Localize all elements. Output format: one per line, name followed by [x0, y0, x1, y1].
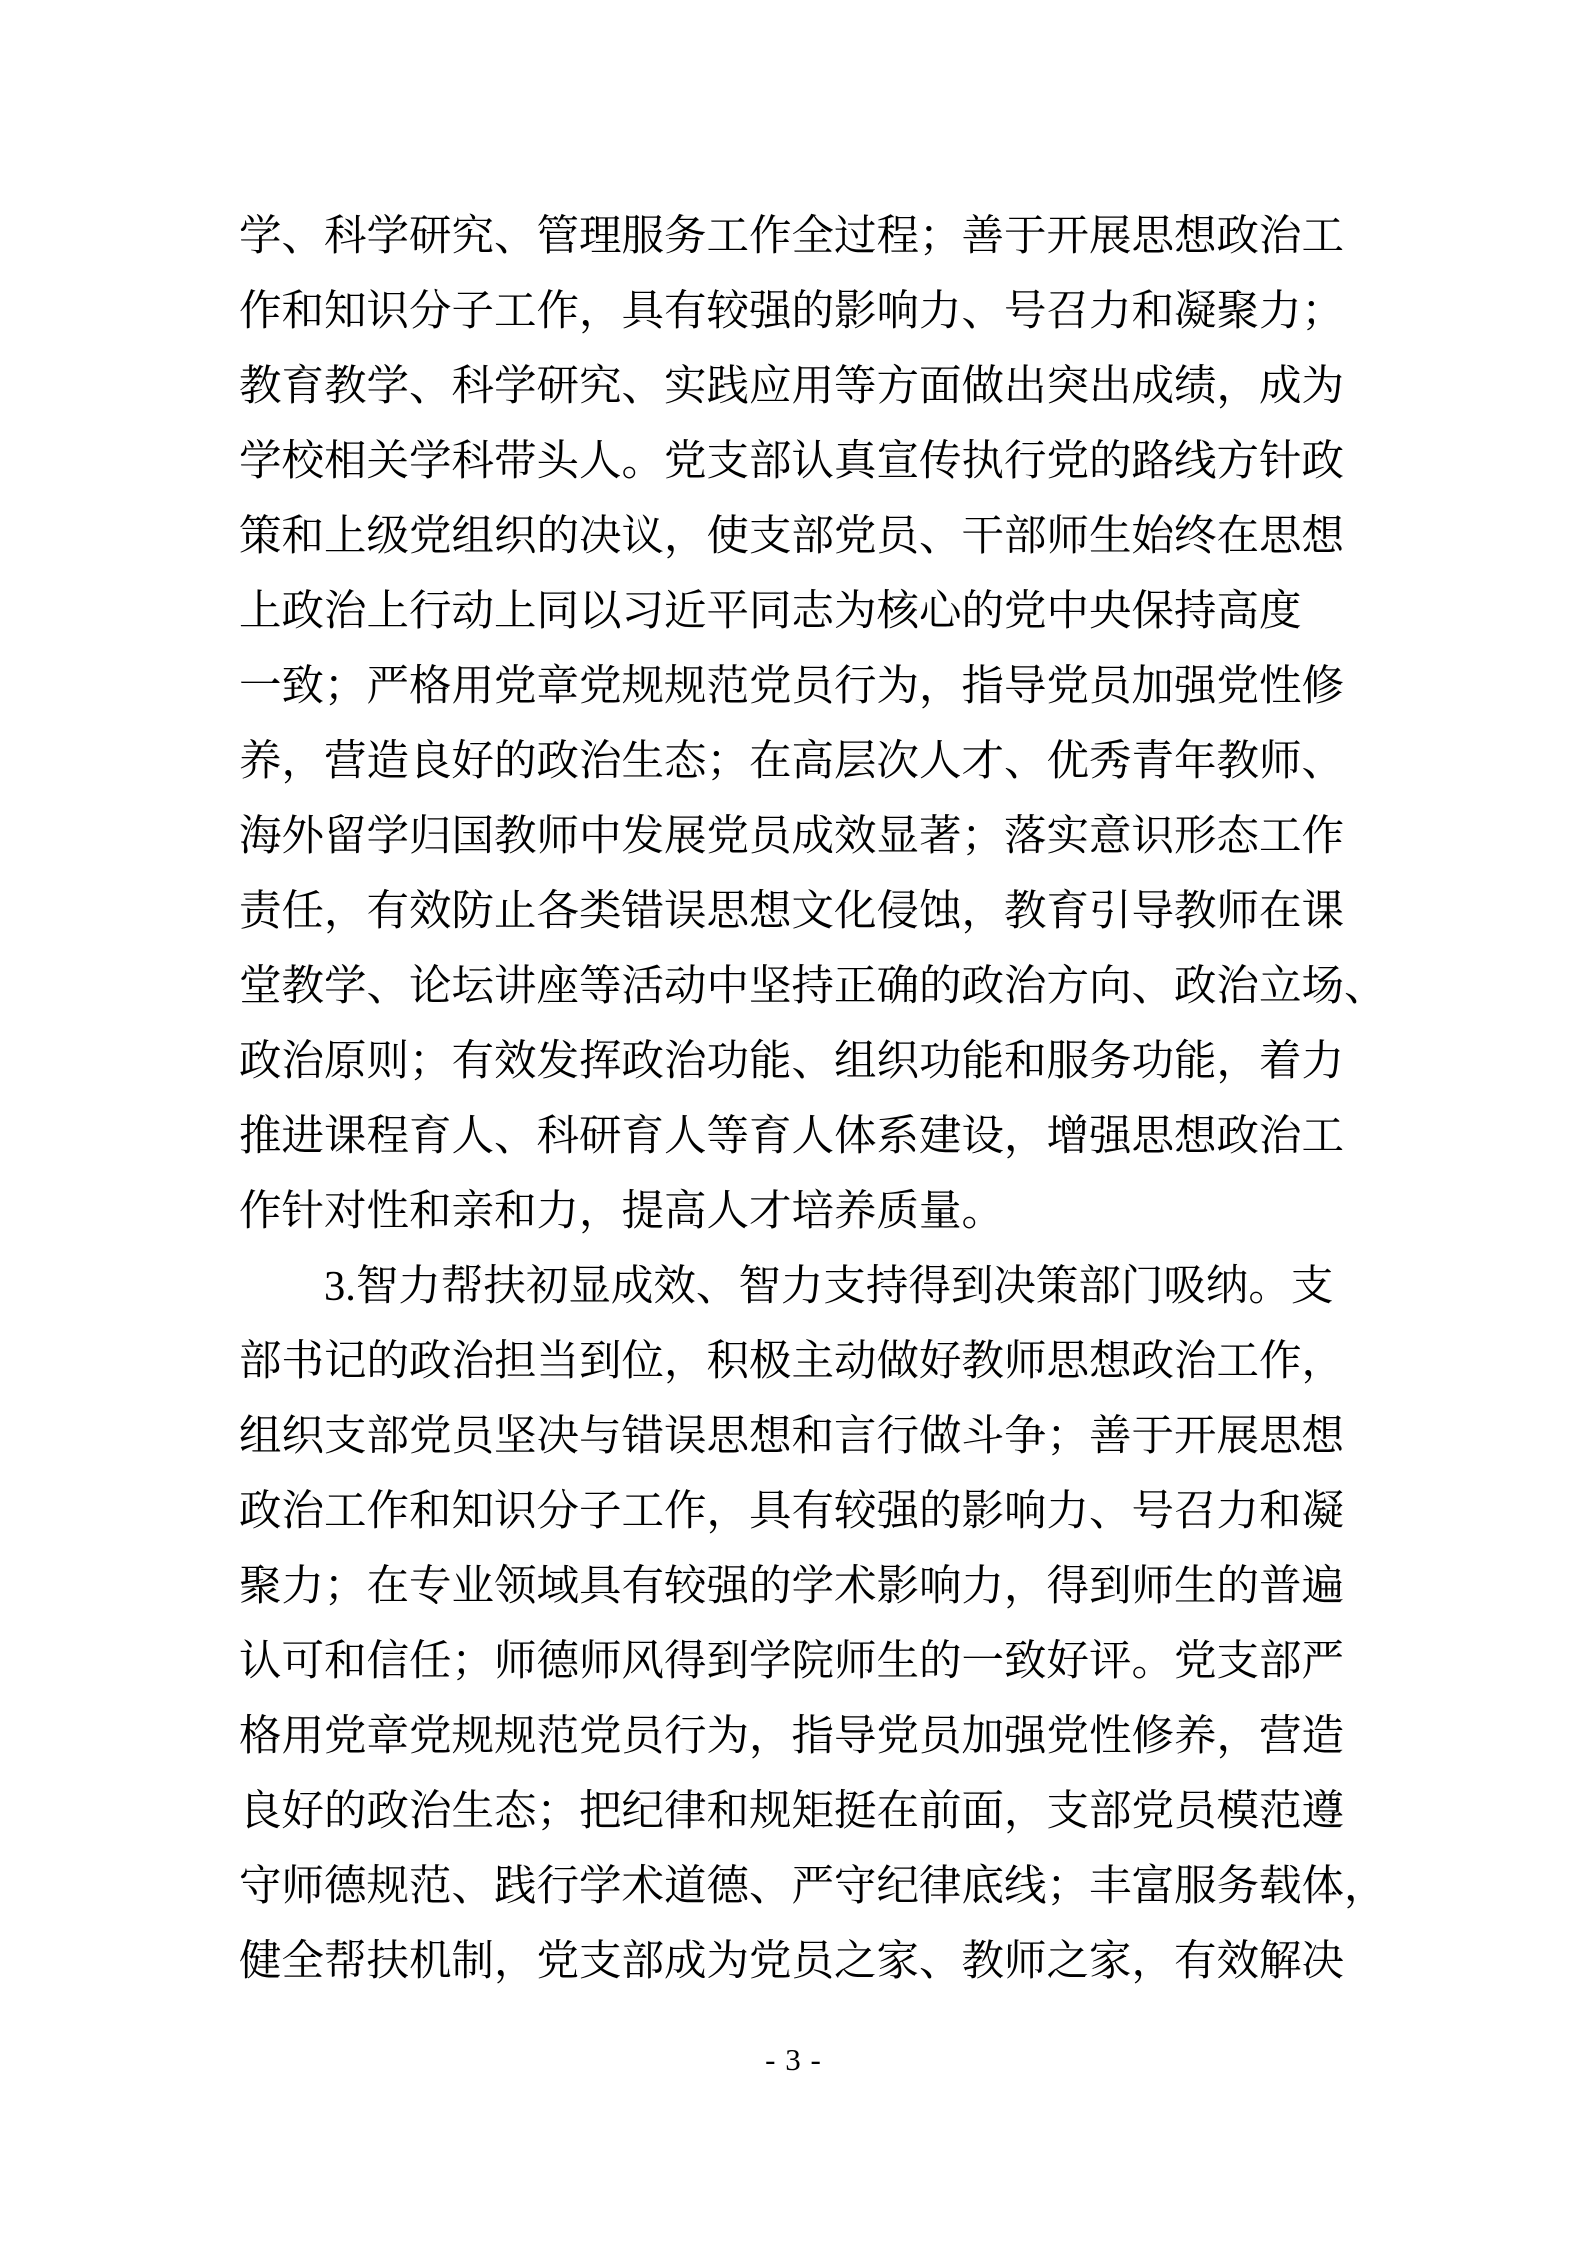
text-line: 上政治上行动上同以习近平同志为核心的党中央保持高度: [239, 574, 1449, 649]
text-line: 堂教学、论坛讲座等活动中坚持正确的政治方向、政治立场、: [239, 949, 1449, 1024]
text-line: 策和上级党组织的决议，使支部党员、干部师生始终在思想: [239, 499, 1449, 574]
text-line: 学校相关学科带头人。党支部认真宣传执行党的路线方针政: [239, 424, 1449, 499]
text-line: 健全帮扶机制，党支部成为党员之家、教师之家，有效解决: [239, 1924, 1449, 1999]
text-line: 部书记的政治担当到位，积极主动做好教师思想政治工作，: [239, 1324, 1449, 1399]
text-line: 政治工作和知识分子工作，具有较强的影响力、号召力和凝: [239, 1474, 1449, 1549]
text-line: 一致；严格用党章党规规范党员行为，指导党员加强党性修: [239, 649, 1449, 724]
text-line: 责任，有效防止各类错误思想文化侵蚀，教育引导教师在课: [239, 874, 1449, 949]
text-line: 聚力；在专业领域具有较强的学术影响力，得到师生的普遍: [239, 1549, 1449, 1624]
text-line: 教育教学、科学研究、实践应用等方面做出突出成绩，成为: [239, 349, 1449, 424]
text-line: 海外留学归国教师中发展党员成效显著；落实意识形态工作: [239, 799, 1449, 874]
text-line: 组织支部党员坚决与错误思想和言行做斗争；善于开展思想: [239, 1399, 1449, 1474]
text-line: 养，营造良好的政治生态；在高层次人才、优秀青年教师、: [239, 724, 1449, 799]
text-line-paragraph-3-start: 3.智力帮扶初显成效、智力支持得到决策部门吸纳。支: [239, 1249, 1449, 1324]
document-page: 学、科学研究、管理服务工作全过程；善于开展思想政治工 作和知识分子工作，具有较强…: [0, 0, 1587, 2245]
text-line: 格用党章党规规范党员行为，指导党员加强党性修养，营造: [239, 1699, 1449, 1774]
text-line: 作和知识分子工作，具有较强的影响力、号召力和凝聚力；: [239, 274, 1449, 349]
text-line: 作针对性和亲和力，提高人才培养质量。: [239, 1174, 1449, 1249]
text-line: 良好的政治生态；把纪律和规矩挺在前面，支部党员模范遵: [239, 1774, 1449, 1849]
text-line: 守师德规范、践行学术道德、严守纪律底线；丰富服务载体，: [239, 1849, 1449, 1924]
text-line: 政治原则；有效发挥政治功能、组织功能和服务功能，着力: [239, 1024, 1449, 1099]
text-line: 推进课程育人、科研育人等育人体系建设，增强思想政治工: [239, 1099, 1449, 1174]
text-line: 学、科学研究、管理服务工作全过程；善于开展思想政治工: [239, 199, 1449, 274]
text-line: 认可和信任；师德师风得到学院师生的一致好评。党支部严: [239, 1624, 1449, 1699]
document-body: 学、科学研究、管理服务工作全过程；善于开展思想政治工 作和知识分子工作，具有较强…: [239, 199, 1449, 1999]
page-number: - 3 -: [0, 2038, 1587, 2082]
